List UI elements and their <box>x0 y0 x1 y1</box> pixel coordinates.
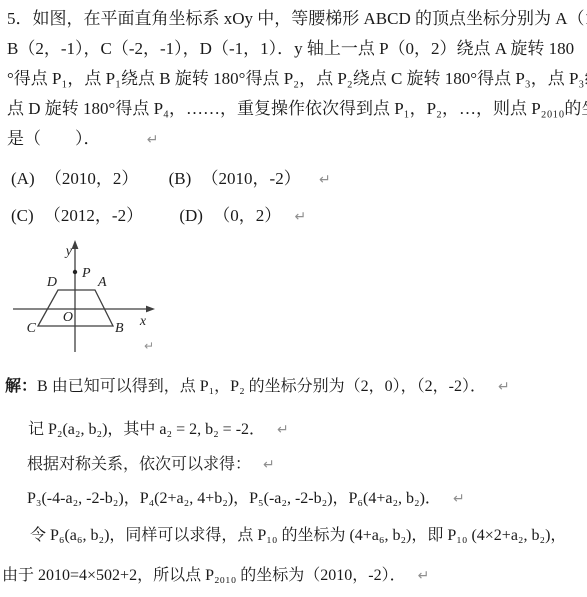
y-axis-label: y <box>64 244 73 259</box>
paragraph-mark: ↵ <box>498 379 510 395</box>
coordinate-figure: y x O P D A C B ↵ <box>8 237 208 372</box>
solution-line-3-text: 根据对称关系，依次可以求得： <box>27 456 251 473</box>
problem-statement: 5．如图，在平面直角坐标系 xOy 中，等腰梯形 ABCD 的顶点坐标分别为 A… <box>7 4 584 155</box>
option-d-value: （0，2） <box>213 206 281 225</box>
x-axis-arrow-icon <box>146 306 155 313</box>
vertex-a-label: A <box>97 275 107 290</box>
paragraph-mark: ↵ <box>144 339 154 353</box>
point-p-dot <box>73 270 77 274</box>
solution-line-6: 由于 2010=4×502+2，所以点 P₂₀₁₀ 的坐标为（2010，-2）．… <box>2 563 429 589</box>
paragraph-mark: ↵ <box>319 172 331 188</box>
problem-line-3: °得点 P₁，点 P₁绕点 B 旋转 180°得点 P₂，点 P₂绕点 C 旋转… <box>7 64 584 94</box>
document-page: 5．如图，在平面直角坐标系 xOy 中，等腰梯形 ABCD 的顶点坐标分别为 A… <box>0 0 587 597</box>
solution-line-4: P₃(-4-a₂, -2-b₂)，P₄(2+a₂, 4+b₂)，P₅(-a₂, … <box>27 486 465 512</box>
problem-line-2: B（2，-1），C（-2，-1），D（-1，1）．y 轴上一点 P（0，2）绕点… <box>7 34 584 64</box>
option-b-value: （2010，-2） <box>202 169 301 188</box>
origin-label: O <box>63 310 73 325</box>
solution-line-1-text: B 由已知可以得到，点 P₁，P₂ 的坐标分别为（2，0），（2，-2）． <box>37 378 486 395</box>
paragraph-mark: ↵ <box>277 422 289 438</box>
y-axis-arrow-icon <box>72 240 79 249</box>
solution-line-2-text: 记 P₂(a₂, b₂)，其中 a₂ = 2, b₂ = -2． <box>28 421 265 438</box>
vertex-c-label: C <box>27 321 37 336</box>
solution-line-2: 记 P₂(a₂, b₂)，其中 a₂ = 2, b₂ = -2． ↵ <box>28 417 289 443</box>
option-d-label: (D) <box>179 206 203 225</box>
problem-line-1: 5．如图，在平面直角坐标系 xOy 中，等腰梯形 ABCD 的顶点坐标分别为 A… <box>7 4 584 34</box>
problem-line-5-text: 是（ ）． <box>7 129 101 148</box>
options-row-1: (A) （2010，2） (B) （2010，-2） ↵ <box>11 167 331 192</box>
solution-line-3: 根据对称关系，依次可以求得： ↵ <box>27 452 275 478</box>
paragraph-mark: ↵ <box>147 132 159 148</box>
problem-line-4: 点 D 旋转 180°得点 P₄，……，重复操作依次得到点 P₁，P₂，…，则点… <box>7 94 584 124</box>
option-b-label: (B) <box>169 169 192 188</box>
solution-line-5: 令 P₆(a₆, b₂)，同样可以求得，点 P₁₀ 的坐标为 (4+a₆, b₂… <box>30 523 566 549</box>
paragraph-mark: ↵ <box>294 209 306 225</box>
x-axis-label: x <box>139 314 147 329</box>
paragraph-mark: ↵ <box>263 457 275 473</box>
solution-prefix: 解： <box>5 378 37 395</box>
vertex-b-label: B <box>115 321 124 336</box>
paragraph-mark: ↵ <box>418 568 430 584</box>
option-a-value: （2010，2） <box>45 169 139 188</box>
point-p-label: P <box>81 266 91 281</box>
solution-line-5-text: 令 P₆(a₆, b₂)，同样可以求得，点 P₁₀ 的坐标为 (4+a₆, b₂… <box>30 527 566 544</box>
option-c-value: （2012，-2） <box>44 206 143 225</box>
option-c-label: (C) <box>11 206 34 225</box>
option-a-label: (A) <box>11 169 35 188</box>
paragraph-mark: ↵ <box>453 491 465 507</box>
solution-line-1: 解：B 由已知可以得到，点 P₁，P₂ 的坐标分别为（2，0），（2，-2）． … <box>5 374 510 400</box>
options-row-2: (C) （2012，-2） (D) （0，2） ↵ <box>11 204 306 229</box>
solution-line-6-text: 由于 2010=4×502+2，所以点 P₂₀₁₀ 的坐标为（2010，-2）． <box>2 567 406 584</box>
solution-line-4-text: P₃(-4-a₂, -2-b₂)，P₄(2+a₂, 4+b₂)，P₅(-a₂, … <box>27 490 441 507</box>
problem-line-5: 是（ ）． ↵ <box>7 124 584 155</box>
vertex-d-label: D <box>46 275 57 290</box>
